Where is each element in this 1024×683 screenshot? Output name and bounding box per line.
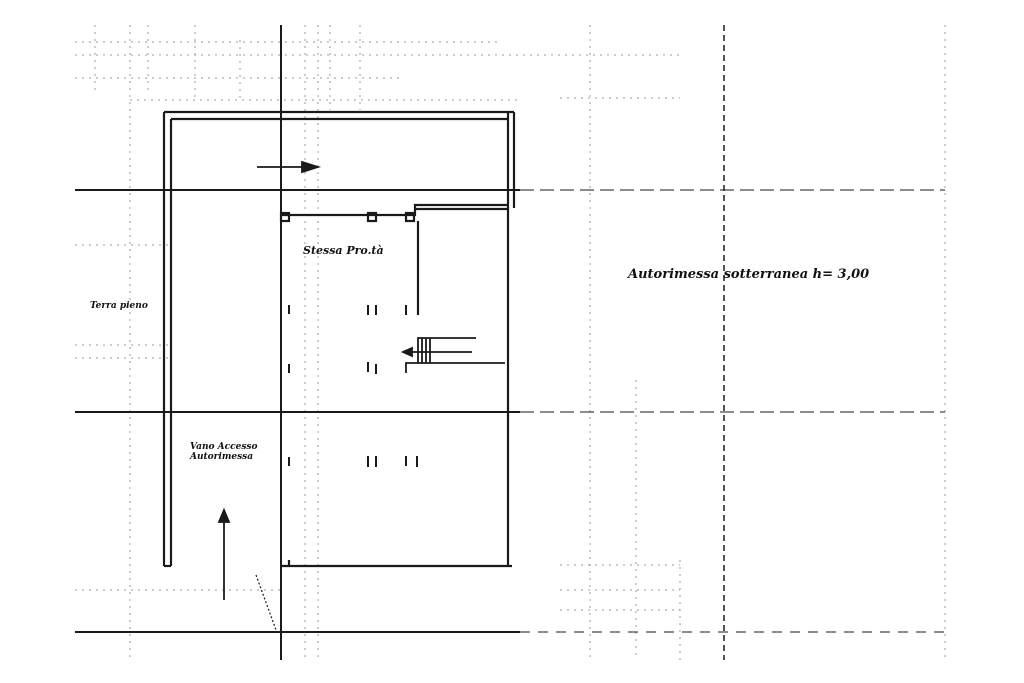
column-marks <box>289 305 417 467</box>
floor-plan-drawing <box>0 0 1024 683</box>
same-property-label: Stessa Pro.tà <box>303 245 384 257</box>
earth-fill-label: Terra pieno <box>90 302 148 312</box>
grid-lines <box>75 25 945 660</box>
stairs-icon <box>403 338 505 373</box>
access-room-label: Vano Accesso Autorimessa <box>190 443 257 463</box>
access-room-label-line2: Autorimessa <box>190 453 257 463</box>
ramp-line <box>256 575 276 630</box>
walls <box>164 112 514 566</box>
garage-label: Autorimessa sotterranea h= 3,00 <box>628 268 869 282</box>
reference-lines <box>75 25 945 660</box>
direction-arrow-up-icon <box>219 510 229 600</box>
direction-arrow-right-icon <box>257 162 318 172</box>
